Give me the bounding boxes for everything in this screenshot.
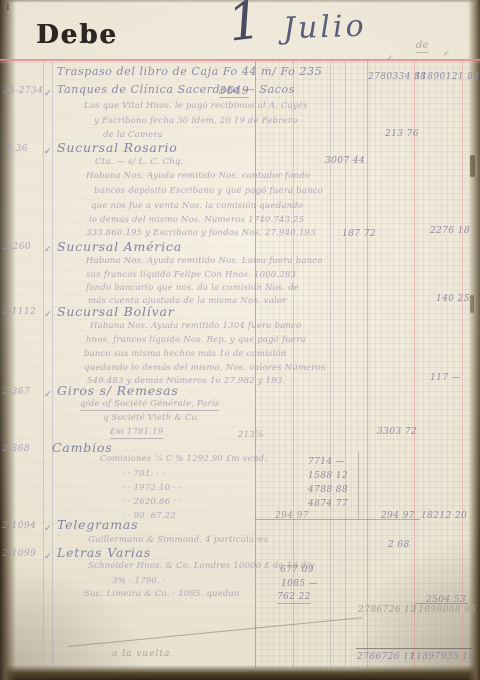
entry-line: quedando lo demás del mismo, Nos. valore… (84, 364, 326, 373)
entry-check: ✓ (44, 246, 52, 255)
entry-line: Suc. Limeira & Co. · 1095. quedan (84, 590, 240, 599)
cambios-row-amount: 4874 77 (308, 500, 348, 509)
amount-col2: 11890121 84 (415, 73, 480, 82)
entry-no: 2-260 (3, 243, 31, 252)
entry-line: fondo bancario que nos. da la comisión N… (86, 284, 299, 293)
entry-line: de la Camera (103, 131, 163, 140)
entry-line: hnos. francos líquido Nos. Rep. y que pa… (86, 336, 306, 345)
cambios-row-amount: 1588 12 (308, 472, 348, 481)
total-col1: 2786726 11 (357, 653, 415, 662)
letras-row-amount: 1085 — (281, 580, 318, 589)
ledger-page: 1 Debe 1 Julio de ✓ ✓ Traspaso del libro… (0, 0, 480, 680)
entry-title-number: 3649 (219, 85, 249, 98)
subcol-rule-2 (330, 61, 331, 668)
entry-line: Habana Nos. Ayuda remitido 1304 fuera ba… (90, 322, 301, 331)
entry-no: 2-368 (2, 445, 30, 454)
entry-line: q/de of Société Générale, París (80, 400, 219, 411)
cambios-row-desc: · · 1972.10 · · (122, 484, 182, 493)
entry-subtitle: Cta. — s/ L. C. Chq. (95, 158, 183, 167)
entry-line: Habana Nos. Ayuda remitido Nos. Luisa fu… (86, 257, 323, 266)
letras-row-amount: 677 09 (280, 566, 314, 575)
entry-check: ✓ (44, 311, 52, 320)
entry-check: ✓ (44, 553, 52, 562)
total-rule (356, 648, 472, 649)
cambios-row-desc: Comisiones ⅞ C % 1292.90 £m vend. (100, 455, 267, 464)
amount-col2: 140 25 (436, 295, 470, 304)
amount-col2: 18212 20 (421, 512, 467, 521)
amount-col2: 2276 18 (430, 227, 470, 236)
header-check-1: ✓ (386, 55, 394, 64)
entry-line: lo demás del mismo Nos. Números 1740.743… (89, 216, 304, 225)
amount-col1: 213 76 (385, 130, 419, 139)
entry-no: 2-1099 (2, 550, 36, 559)
entry-title: Giros s/ Remesas (57, 385, 179, 398)
margin-rule-blue (52, 61, 53, 668)
entry-title: Tanques de Clínica Sacerdote — Sacos (57, 84, 295, 95)
entry-line: Guillermann & Simmond, 4 particulares (88, 536, 268, 545)
cents-rule (462, 61, 463, 668)
entry-line: q Société Vieth & Co. (103, 414, 200, 423)
date-month: Julio (283, 12, 368, 45)
entry-line: y Escribano fecha 30 Idem, 20 19 de Febr… (94, 117, 297, 126)
entry-title: Letras Varias (57, 547, 151, 560)
cambios-box-right (358, 452, 359, 519)
cambios-row-desc: · · 2620.86 · · (122, 498, 182, 507)
amount-col2: 117 — (430, 374, 461, 383)
entry-title: Sucursal América (57, 241, 182, 254)
entry-line: bancos depósito Escribano y qué pagó fue… (94, 187, 323, 196)
amount-col1: 3303 72 (377, 428, 417, 437)
money-col2-rule (414, 61, 415, 668)
cambios-row-desc: · · 701. · · (122, 470, 165, 479)
subtotal-col2: 11898068 85 (412, 606, 477, 615)
entry-line: £m 1781.19 (110, 428, 163, 439)
date-day: 1 (225, 0, 264, 50)
subtotal-col1: 2786726 12 (358, 606, 416, 615)
entry-line: 333.860.195 y Escribano y fondos Nos. 27… (86, 229, 316, 238)
entry-no: 25-2734 (3, 87, 43, 96)
entry-no: 2-36 (6, 145, 28, 154)
entry-title: Traspaso del libro de Caja Fo 44 m/ Fo 2… (57, 66, 322, 77)
entry-line: sus francos líquido Felipe Con Hnos. 100… (86, 271, 296, 280)
date-de-label: de (416, 41, 429, 53)
subtotal-rule (415, 603, 468, 604)
entry-line: banco sus misma hechos más 1o de comisió… (84, 350, 286, 359)
entry-check: ✓ (44, 148, 52, 157)
cambios-row-amount: 4788 88 (308, 486, 348, 495)
entry-title: Sucursal Bolívar (57, 306, 174, 319)
subcol-rule-3 (345, 61, 346, 668)
account-side-heading: Debe (36, 20, 118, 50)
page-number: 1 (5, 1, 11, 13)
entry-title: Telegramas (57, 519, 138, 532)
entry-check: ✓ (44, 391, 52, 400)
header-check-2: ✓ (443, 50, 451, 59)
cambios-row-amount: 7714 — (308, 458, 345, 467)
entry-no: 2-1112 (2, 308, 36, 317)
amount-col1: 2 68 (388, 541, 410, 550)
page-edge-mark-2 (470, 295, 474, 313)
entry-no: 2-1094 (2, 522, 36, 531)
amount-col1: 294 97 (381, 512, 415, 521)
header-rule-shadow (0, 62, 480, 63)
entry-line: Habana Nos. Ayuda remitido Nos. contador… (86, 172, 310, 181)
cambios-subtotal: 294 97 (275, 512, 309, 521)
entry-title: Sucursal Rosario (57, 142, 178, 155)
entry-title: Cambios (52, 442, 112, 455)
entry-no: 2-367 (2, 388, 30, 397)
entry-check: ✓ (44, 525, 52, 534)
exchange-rate-note: 213⅞ (238, 431, 263, 440)
entry-line: Los que Vital Hnos. le pagó recibimos al… (84, 102, 308, 111)
carry-note: a la vuelta (112, 650, 170, 659)
entry-line: que nos fue a venta Nos. la comisión que… (91, 202, 303, 211)
detail-amount: 3007 44 (325, 157, 365, 166)
entry-check: ✓ (44, 90, 52, 99)
money-col1-rule (367, 61, 368, 668)
total-col2: 11897935 15 (410, 653, 475, 662)
page-edge-mark-1 (470, 155, 475, 177)
header-rule (0, 59, 480, 61)
entry-line: 3% · 1790. · · (112, 577, 172, 586)
letras-row-amount: 762 22 (277, 593, 311, 604)
detail-amount: 187 72 (342, 230, 376, 239)
